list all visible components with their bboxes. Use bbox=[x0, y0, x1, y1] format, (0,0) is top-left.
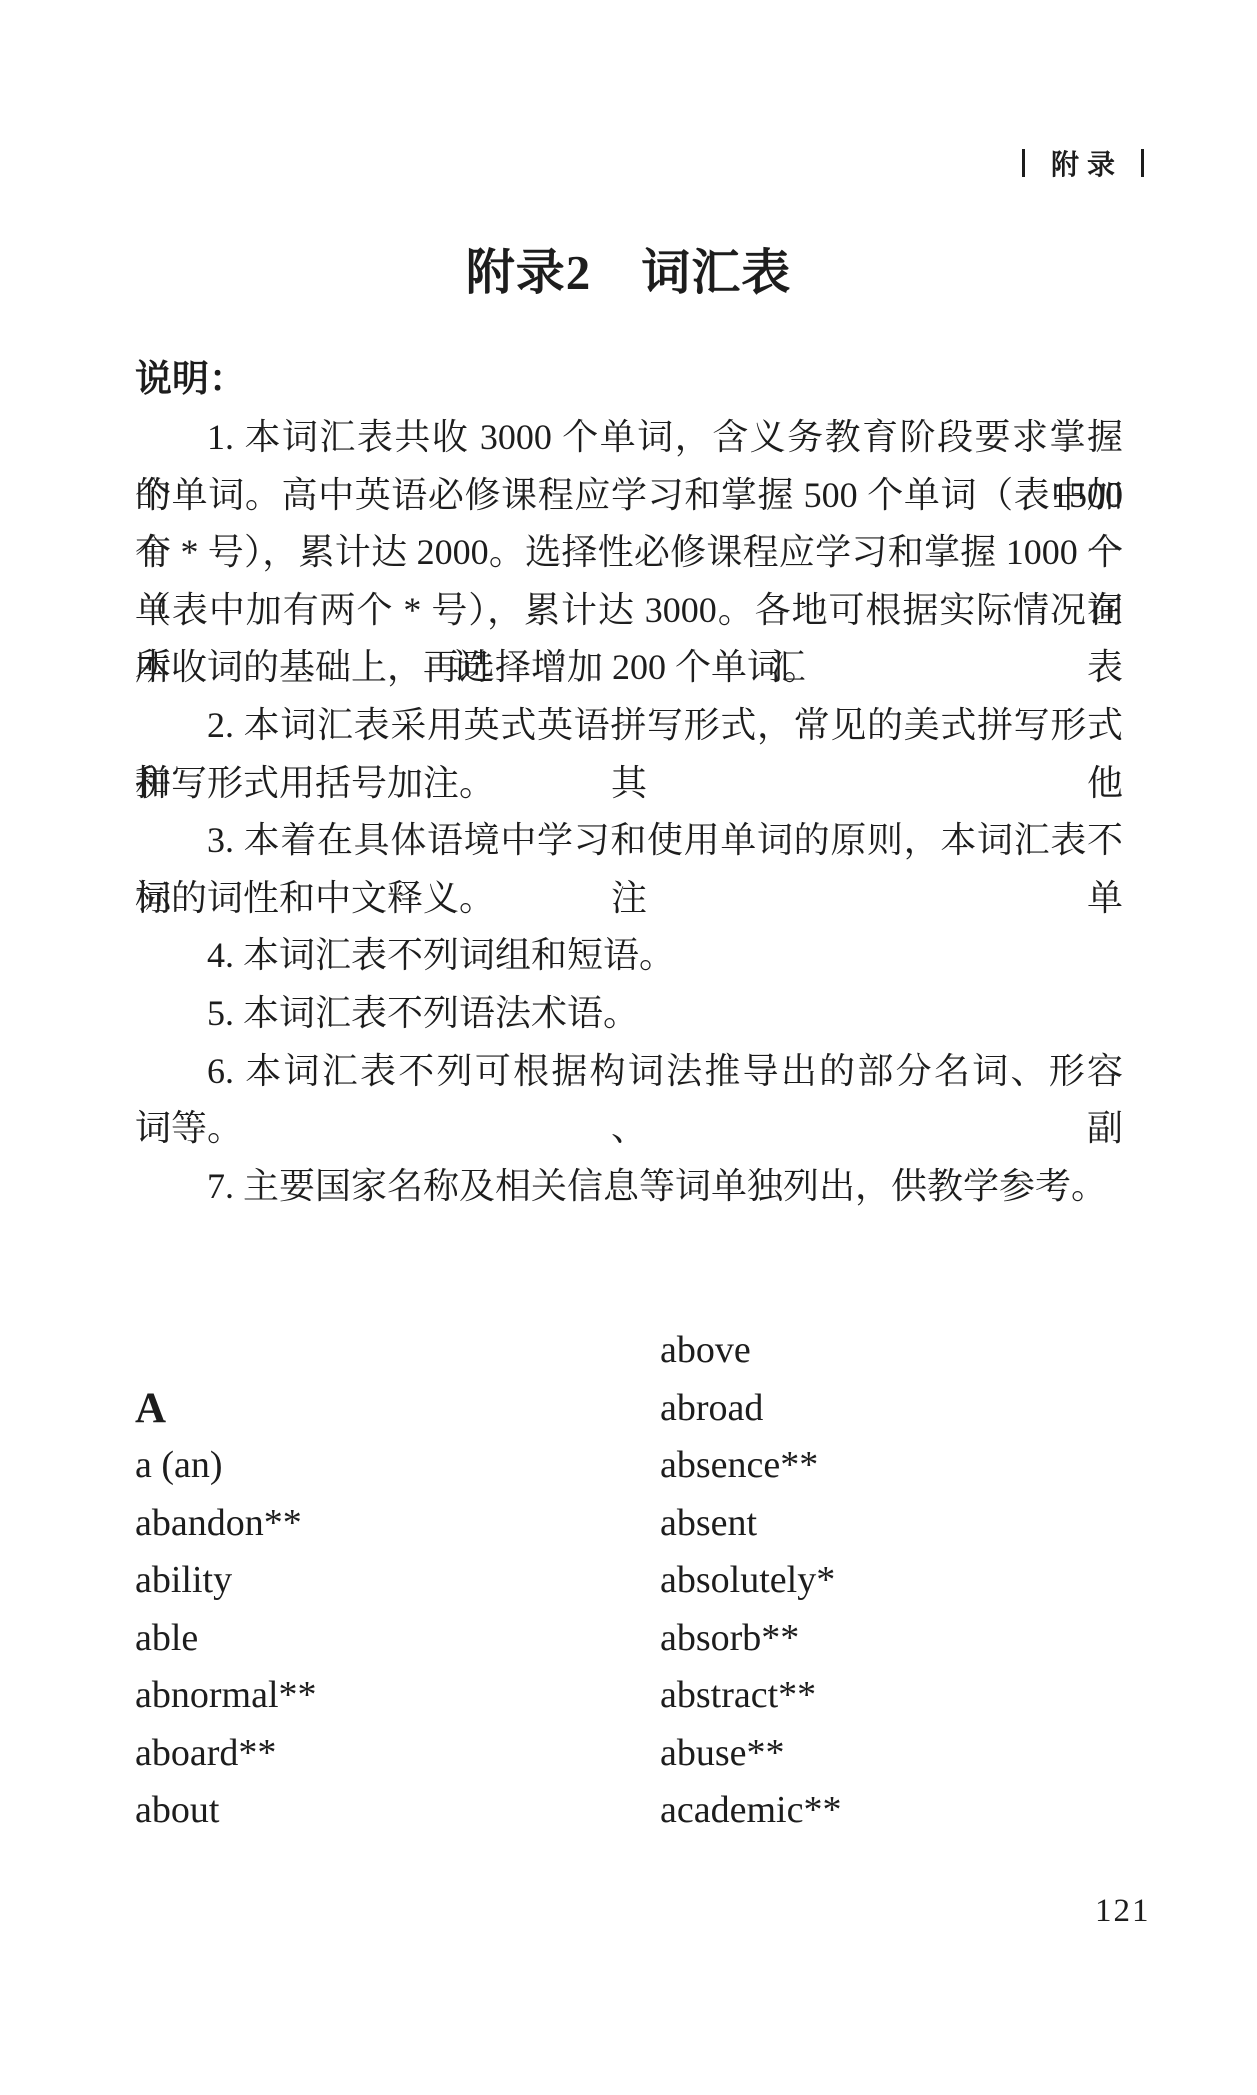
wordlist-left-column: A a (an) abandon** ability able abnormal… bbox=[135, 1322, 317, 1840]
word-item: ability bbox=[135, 1552, 317, 1610]
note-paragraph-4-line: 4. 本词汇表不列词组和短语。 bbox=[135, 927, 1123, 985]
document-page: 附录 附录2 词汇表 说明： 1. 本词汇表共收 3000 个单词，含义务教育阶… bbox=[0, 0, 1257, 2095]
note-paragraph-6-line: 6. 本词汇表不列可根据构词法推导出的部分名词、形容词、副 bbox=[135, 1043, 1123, 1101]
wordlist-right-column: above abroad absence** absent absolutely… bbox=[660, 1322, 841, 1840]
wordlist-spacer bbox=[135, 1322, 317, 1380]
word-item: abstract** bbox=[660, 1667, 841, 1725]
word-item: absorb** bbox=[660, 1610, 841, 1668]
notes-heading: 说明： bbox=[135, 351, 1123, 409]
running-header-label: 附录 bbox=[1043, 143, 1123, 183]
word-item: abandon** bbox=[135, 1495, 317, 1553]
word-item: aboard** bbox=[135, 1725, 317, 1783]
word-item: about bbox=[135, 1782, 317, 1840]
running-header: 附录 bbox=[1022, 143, 1144, 183]
word-item: abnormal** bbox=[135, 1667, 317, 1725]
page-number: 121 bbox=[1095, 1893, 1151, 1930]
note-paragraph-1-line: 个 * 号），累计达 2000。选择性必修课程应学习和掌握 1000 个单词 bbox=[135, 524, 1123, 582]
header-divider-left-icon bbox=[1022, 149, 1025, 177]
notes-section: 说明： 1. 本词汇表共收 3000 个单词，含义务教育阶段要求掌握的 1500… bbox=[135, 351, 1123, 1215]
note-paragraph-5-line: 5. 本词汇表不列语法术语。 bbox=[135, 985, 1123, 1043]
note-paragraph-7-line: 7. 主要国家名称及相关信息等词单独列出，供教学参考。 bbox=[135, 1158, 1123, 1216]
word-item: a (an) bbox=[135, 1437, 317, 1495]
word-item: able bbox=[135, 1610, 317, 1668]
note-paragraph-1-line: 1. 本词汇表共收 3000 个单词，含义务教育阶段要求掌握的 1500 bbox=[135, 409, 1123, 467]
word-item: absolutely* bbox=[660, 1552, 841, 1610]
page-title: 附录2 词汇表 bbox=[0, 234, 1257, 304]
word-item: abroad bbox=[660, 1380, 841, 1438]
note-paragraph-2-line: 2. 本词汇表采用英式英语拼写形式，常见的美式拼写形式和其他 bbox=[135, 697, 1123, 755]
word-item: abuse** bbox=[660, 1725, 841, 1783]
note-paragraph-1-line: （表中加有两个 * 号），累计达 3000。各地可根据实际情况在本词汇表 bbox=[135, 582, 1123, 640]
word-item: absent bbox=[660, 1495, 841, 1553]
section-letter-a: A bbox=[135, 1380, 317, 1438]
header-divider-right-icon bbox=[1141, 149, 1144, 177]
note-paragraph-1-line: 个单词。高中英语必修课程应学习和掌握 500 个单词（表中加有一 bbox=[135, 467, 1123, 525]
word-item: absence** bbox=[660, 1437, 841, 1495]
word-item: academic** bbox=[660, 1782, 841, 1840]
word-item: above bbox=[660, 1322, 841, 1380]
note-paragraph-3-line: 3. 本着在具体语境中学习和使用单词的原则，本词汇表不标注单 bbox=[135, 812, 1123, 870]
